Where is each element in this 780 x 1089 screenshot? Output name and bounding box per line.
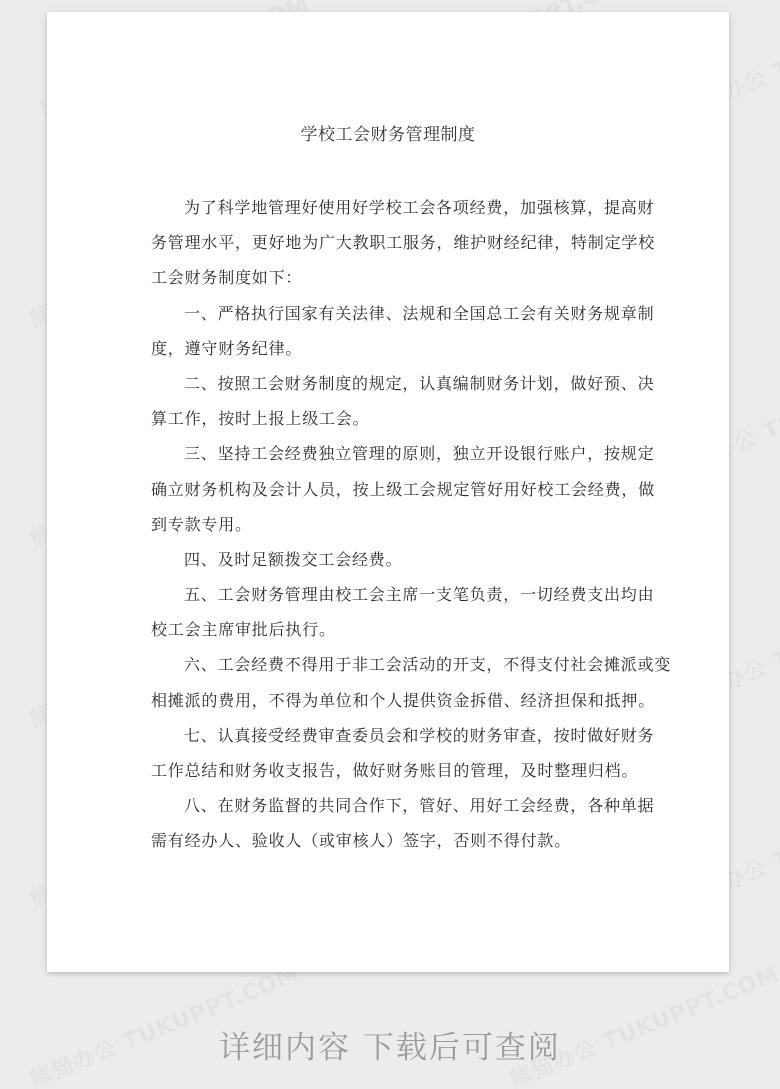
rule-6-line: 六、工会经费不得用于非工会活动的开支，不得支付社会摊派或变: [151, 647, 631, 682]
download-caption: 详细内容 下载后可查阅: [0, 1022, 780, 1067]
document-title: 学校工会财务管理制度: [47, 120, 729, 145]
rule-7-line: 七、认真接受经费审查委员会和学校的财务审查，按时做好财务: [151, 718, 631, 753]
document-page: 学校工会财务管理制度 为了科学地管理好使用好学校工会各项经费，加强核算，提高财 …: [47, 12, 729, 972]
rule-4-line: 四、及时足额拨交工会经费。: [151, 542, 631, 577]
rule-1-line: 一、严格执行国家有关法律、法规和全国总工会有关财务规章制: [151, 296, 631, 331]
rule-3-line: 到专款专用。: [151, 507, 631, 542]
rule-3-line: 确立财务机构及会计人员，按上级工会规定管好用好校工会经费，做: [151, 472, 631, 507]
rule-8-line: 八、在财务监督的共同合作下，管好、用好工会经费，各种单据: [151, 788, 631, 823]
paragraph-intro-line: 务管理水平，更好地为广大教职工服务，维护财经纪律，特制定学校: [151, 225, 631, 260]
rule-5-line: 校工会主席审批后执行。: [151, 612, 631, 647]
rule-1-line: 度，遵守财务纪律。: [151, 331, 631, 366]
rule-2-line: 二、按照工会财务制度的规定，认真编制财务计划，做好预、决: [151, 366, 631, 401]
rule-7-line: 工作总结和财务收支报告，做好财务账目的管理，及时整理归档。: [151, 753, 631, 788]
rule-5-line: 五、工会财务管理由校工会主席一支笔负责，一切经费支出均由: [151, 577, 631, 612]
paragraph-intro-line: 为了科学地管理好使用好学校工会各项经费，加强核算，提高财: [151, 190, 631, 225]
rule-6-line: 相摊派的费用，不得为单位和个人提供资金拆借、经济担保和抵押。: [151, 683, 631, 718]
rule-3-line: 三、坚持工会经费独立管理的原则，独立开设银行账户，按规定: [151, 436, 631, 471]
rule-2-line: 算工作，按时上报上级工会。: [151, 401, 631, 436]
paragraph-intro-line: 工会财务制度如下：: [151, 260, 631, 295]
rule-8-line: 需有经办人、验收人（或审核人）签字，否则不得付款。: [151, 823, 631, 858]
document-body: 为了科学地管理好使用好学校工会各项经费，加强核算，提高财 务管理水平，更好地为广…: [151, 190, 631, 859]
